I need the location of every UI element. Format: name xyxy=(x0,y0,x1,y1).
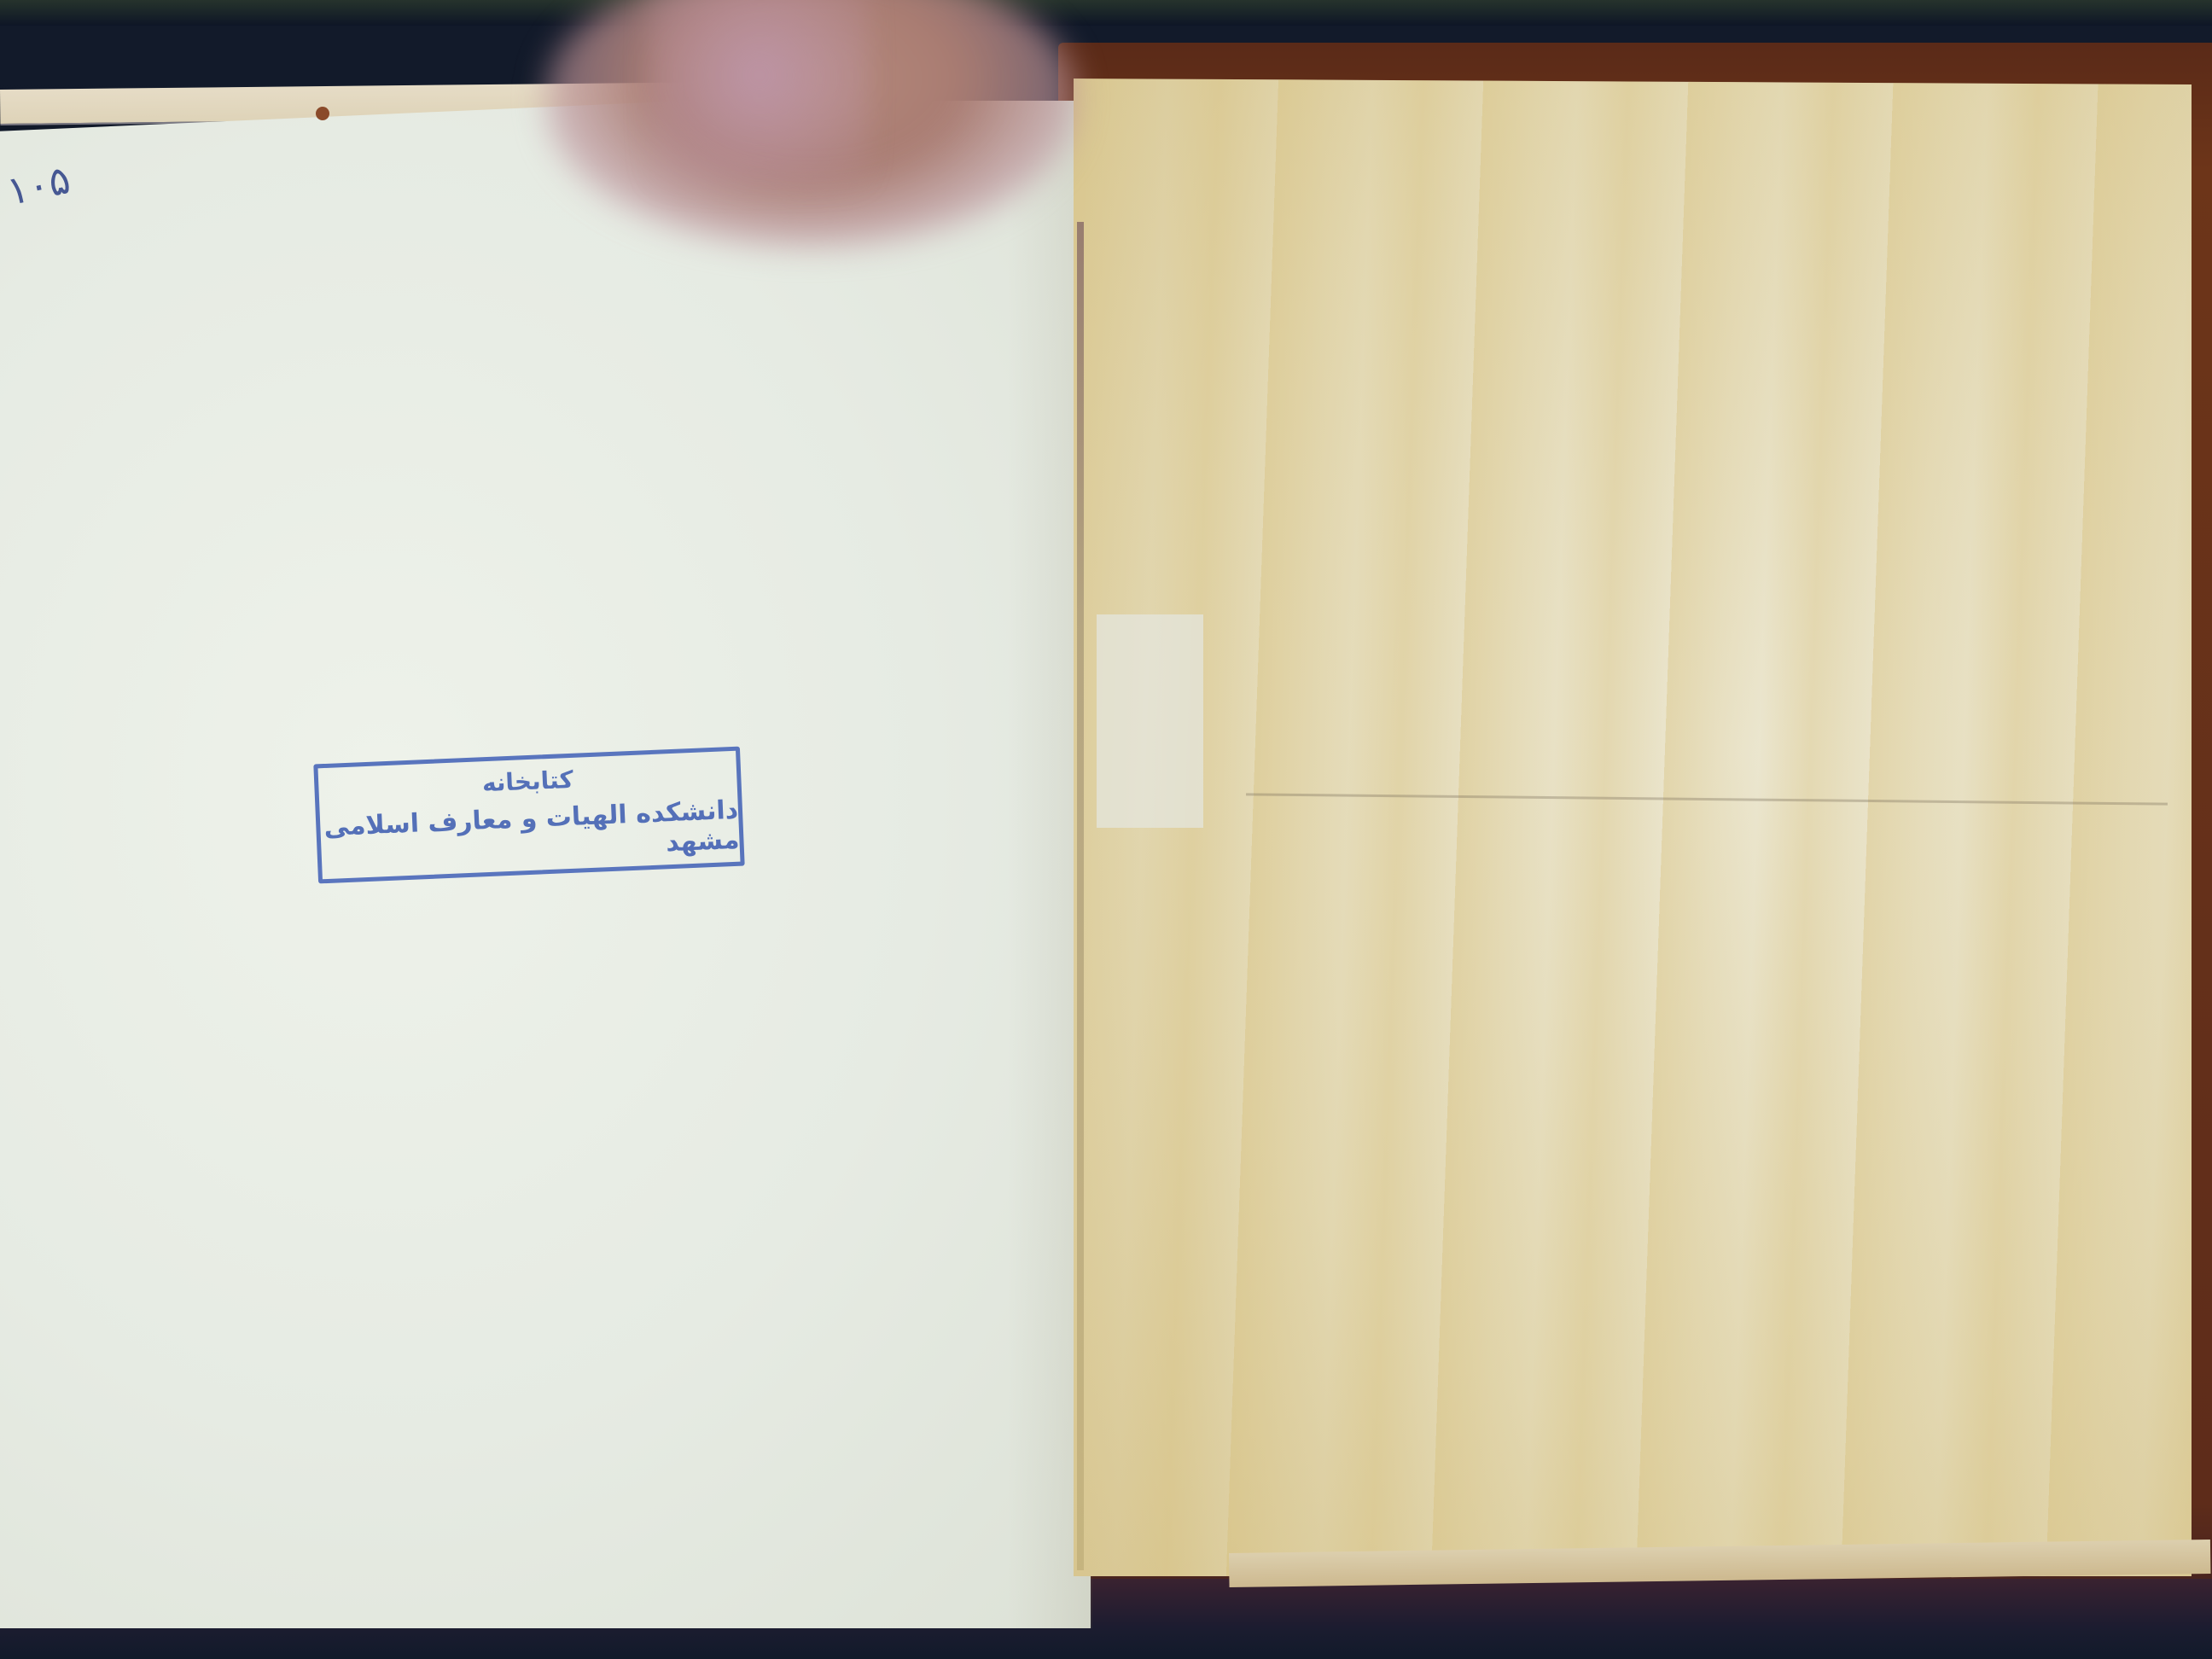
stamp-line-faculty: دانشکده الهیات و معارف اسلامی مشهد xyxy=(320,795,741,871)
right-pastedown-stained xyxy=(1074,79,2192,1576)
library-stamp: کتابخانه دانشکده الهیات و معارف اسلامی م… xyxy=(313,747,744,884)
paper-patch xyxy=(1097,614,1203,828)
blurred-finger xyxy=(649,0,870,188)
spine-fold xyxy=(1077,222,1084,1570)
ink-spot xyxy=(316,107,329,120)
book-photo: ۱۰۵ کتابخانه دانشکده الهیات و معارف اسلا… xyxy=(0,0,2212,1659)
stamp-line-library: کتابخانه xyxy=(481,765,573,796)
table-edge xyxy=(0,0,2212,26)
